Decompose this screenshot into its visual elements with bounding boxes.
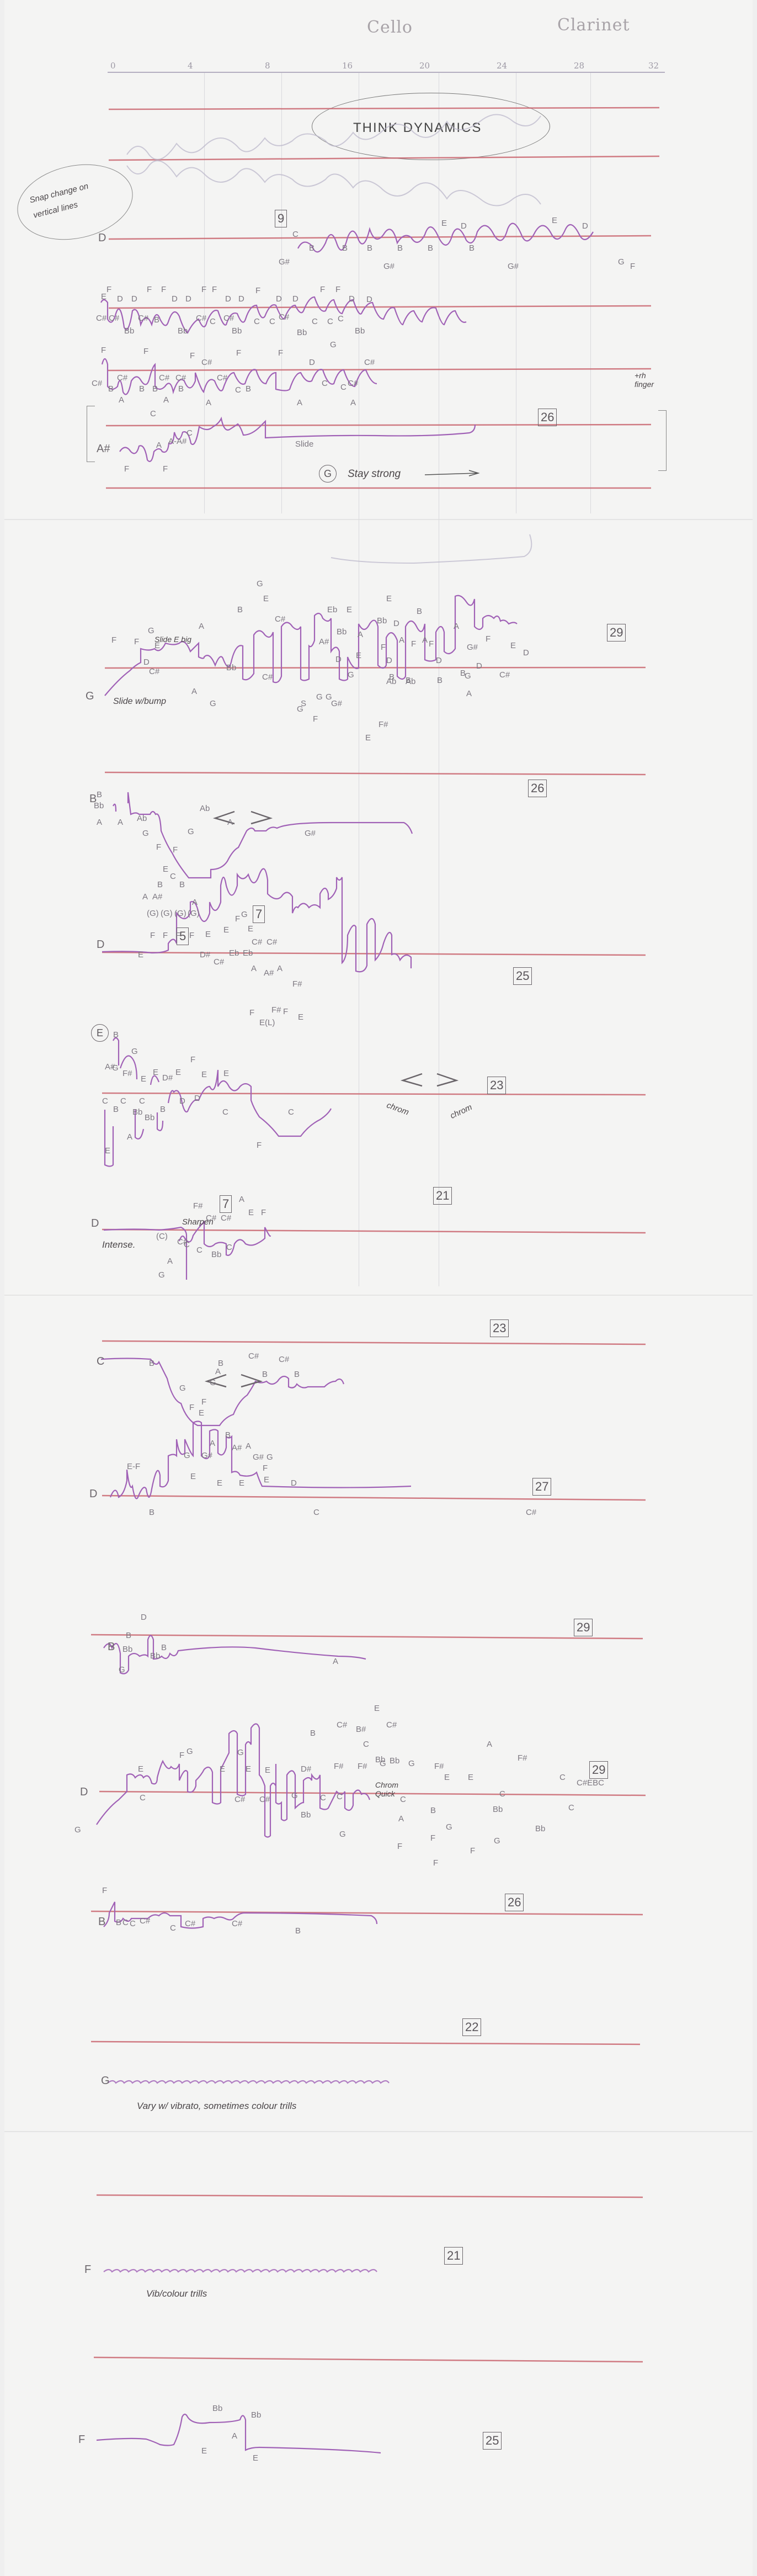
- note-label: C: [313, 1508, 319, 1517]
- note-label: E: [138, 950, 143, 960]
- note-label: (G): [174, 909, 186, 918]
- note-label: D: [366, 295, 372, 304]
- note-label: (G): [188, 909, 200, 918]
- note-label: A: [118, 818, 123, 827]
- note-label: G: [380, 1759, 386, 1768]
- note-label: Bb: [355, 326, 365, 336]
- note-label: C#: [252, 937, 262, 947]
- note-label: A: [215, 1367, 221, 1376]
- note-label: B: [417, 607, 422, 616]
- note-label: C: [120, 1096, 126, 1106]
- note-label: G#: [331, 699, 342, 708]
- note-label: G: [266, 1453, 273, 1462]
- note-label: A: [206, 398, 211, 407]
- note-label: D: [185, 294, 191, 304]
- note-label: D: [349, 294, 355, 304]
- rehearsal-mark: 26: [538, 409, 557, 426]
- start-note: G: [101, 2075, 110, 2087]
- note-label: B: [246, 384, 251, 394]
- note-label: C#: [140, 1916, 150, 1926]
- note-label: E: [298, 1013, 303, 1022]
- note-label: F: [101, 346, 106, 355]
- note-label: F: [201, 285, 206, 294]
- note-label: F: [124, 464, 129, 474]
- rehearsal-mark: 29: [607, 624, 626, 642]
- note-label: E: [263, 594, 269, 603]
- note-label: E: [205, 930, 211, 939]
- note-label: F: [486, 634, 491, 644]
- note-label: C#: [217, 373, 227, 383]
- note-label: G#: [279, 257, 290, 267]
- melody-curves: [97, 224, 593, 2453]
- note-label: B: [161, 1643, 167, 1652]
- note-label: G#: [467, 643, 478, 652]
- note-label: B: [179, 880, 185, 889]
- rehearsal-mark: 25: [483, 2432, 502, 2450]
- annotation-chrom-quick: Chrom Quick: [375, 1780, 397, 1798]
- note-label: D: [461, 221, 467, 231]
- note-label: G: [210, 699, 216, 708]
- note-label: G: [257, 579, 263, 589]
- note-label: B: [309, 243, 314, 253]
- note-label: Ab: [137, 814, 147, 823]
- note-label: E-F: [127, 1462, 140, 1471]
- note-label: B: [178, 384, 184, 394]
- annotation-slide-bump: Slide w/bump: [113, 697, 166, 707]
- note-label: A: [246, 1441, 251, 1451]
- annotation-vibrato: Vary w/ vibrato, sometimes colour trills: [137, 2101, 296, 2112]
- note-label: D: [172, 294, 178, 304]
- rehearsal-mark: 29: [589, 1761, 608, 1779]
- note-label: E: [163, 865, 168, 874]
- note-label: C#: [337, 1720, 347, 1730]
- note-label: G: [618, 257, 625, 267]
- note-label: C#: [223, 314, 234, 323]
- rehearsal-mark: 26: [528, 780, 547, 797]
- note-label: Bb: [232, 326, 242, 336]
- note-label: G#: [508, 262, 519, 271]
- note-label: E: [374, 1704, 380, 1713]
- note-label: E: [264, 1475, 269, 1485]
- note-label: E: [199, 1408, 204, 1418]
- note-label: F: [150, 931, 155, 940]
- note-label: D: [141, 1613, 147, 1622]
- note-label: C#: [92, 379, 102, 388]
- note-label: D#: [200, 950, 210, 960]
- note-label: A#: [264, 968, 274, 978]
- note-label: C: [210, 317, 216, 326]
- note-label: G: [119, 1665, 125, 1674]
- note-label: (C): [156, 1232, 168, 1241]
- note-label: A: [119, 395, 124, 405]
- note-label: Bb: [226, 663, 236, 672]
- note-label: C: [288, 1107, 294, 1117]
- rehearsal-mark: 22: [462, 2018, 481, 2036]
- note-label: F: [134, 637, 139, 646]
- note-label: E: [141, 1074, 146, 1084]
- rehearsal-mark: 26: [505, 1894, 524, 1911]
- note-label: Bb: [178, 326, 188, 336]
- note-label: A: [398, 1814, 404, 1824]
- note-label: G#: [201, 1451, 212, 1460]
- note-label: G: [112, 1063, 119, 1073]
- note-label: A: [399, 635, 404, 645]
- note-label: F: [189, 1403, 194, 1412]
- note-label: C#: [234, 1795, 245, 1804]
- note-label: E: [441, 219, 447, 228]
- note-label: F: [261, 1208, 266, 1217]
- start-note-circled: E: [91, 1024, 109, 1042]
- note-label: C#: [248, 1351, 259, 1361]
- note-label: F#: [334, 1762, 344, 1771]
- note-label: B: [237, 605, 243, 614]
- note-label: E: [356, 651, 361, 660]
- note-label: E: [510, 641, 516, 650]
- note-label: F: [430, 1833, 435, 1843]
- note-label: D: [476, 661, 482, 671]
- note-label: E: [239, 1478, 244, 1488]
- note-label: C#: [214, 957, 224, 967]
- note-label: F: [278, 348, 283, 358]
- note-label: B: [157, 880, 163, 889]
- note-label: F: [235, 914, 240, 924]
- note-label: Bb: [297, 328, 307, 337]
- start-note: C: [97, 1355, 104, 1368]
- note-label: G#: [383, 262, 395, 271]
- note-label: A: [97, 818, 102, 827]
- note-label: F: [313, 714, 318, 724]
- note-label: F: [190, 351, 195, 361]
- note-label: C: [499, 1789, 505, 1799]
- annotation-vib-trills: Vib/colour trills: [146, 2288, 207, 2299]
- note-label: G: [316, 692, 323, 702]
- rehearsal-mark: 23: [490, 1319, 509, 1337]
- note-label: F: [429, 639, 434, 649]
- rehearsal-mark: 29: [574, 1619, 593, 1636]
- note-label: F: [283, 1007, 288, 1016]
- note-label: C#: [96, 314, 106, 323]
- note-label: D: [436, 656, 442, 665]
- note-label: C#: [159, 373, 169, 383]
- note-label: B: [430, 1806, 436, 1815]
- note-label: B: [149, 1359, 154, 1368]
- circled-note: G: [319, 465, 337, 483]
- note-label: A: [239, 1195, 244, 1204]
- note-label: B: [139, 384, 145, 394]
- note-label: A: [232, 2431, 237, 2441]
- note-label: Bb: [212, 2404, 222, 2413]
- note-label: G#: [253, 1453, 264, 1462]
- note-label: F#: [358, 1762, 367, 1771]
- annotation-rh-finger: +rh finger: [635, 371, 662, 389]
- note-label: F: [236, 348, 241, 358]
- start-note: F: [84, 2264, 91, 2276]
- note-label: B: [126, 1631, 131, 1640]
- note-label: C: [186, 428, 193, 438]
- note-label: C#: [526, 1508, 536, 1517]
- note-label: D: [335, 655, 342, 664]
- note-label: F: [411, 639, 416, 649]
- start-note: F: [78, 2434, 85, 2446]
- note-label: F: [212, 285, 217, 294]
- note-label: D: [393, 619, 399, 628]
- note-label: C: [139, 1096, 145, 1106]
- note-label: C: [170, 1923, 176, 1933]
- note-label: A: [210, 1439, 215, 1448]
- note-label: C#: [275, 614, 285, 624]
- note-label: Ab: [406, 677, 415, 686]
- note-label: C: [226, 1243, 232, 1252]
- note-label: C#: [117, 373, 127, 383]
- note-label: F: [102, 1886, 107, 1895]
- note-label: A#: [152, 892, 162, 902]
- note-label: E: [444, 1773, 450, 1782]
- note-label: C#: [364, 358, 375, 367]
- note-label: E: [386, 594, 392, 603]
- note-label: A: [251, 964, 257, 973]
- note-label: D: [523, 648, 529, 658]
- note-label: E: [468, 1773, 473, 1782]
- note-label: A: [466, 689, 472, 698]
- note-label: F: [106, 285, 111, 294]
- note-label: Bb: [211, 1250, 221, 1259]
- note-label: E: [201, 1070, 207, 1079]
- note-label: F: [249, 1008, 254, 1017]
- note-label: G: [148, 626, 154, 635]
- note-label: Bb: [145, 1113, 154, 1122]
- note-label: C: [184, 1240, 190, 1249]
- note-label: B: [108, 384, 114, 394]
- note-label: Slide: [295, 439, 313, 449]
- note-label: C#EBC: [577, 1778, 604, 1788]
- note-label: C: [140, 1793, 146, 1803]
- note-label: B: [218, 1359, 223, 1368]
- start-note: D: [97, 939, 104, 951]
- note-label: Bb: [94, 801, 104, 810]
- note-label: Eb: [229, 948, 239, 958]
- note-label: F: [470, 1846, 475, 1856]
- note-label: B: [469, 243, 475, 253]
- note-label: F: [257, 1141, 262, 1150]
- note-label: F: [111, 635, 116, 645]
- note-label: A: [454, 622, 459, 631]
- note-label: (G): [161, 909, 173, 918]
- note-label: C#: [109, 314, 119, 323]
- note-label: C: [196, 1245, 202, 1255]
- note-label: E: [253, 2453, 258, 2463]
- start-note: B: [98, 1916, 105, 1928]
- note-label: C: [222, 1107, 228, 1117]
- note-label: F: [163, 464, 168, 474]
- note-label: C#: [348, 379, 358, 388]
- note-label: Eb: [327, 605, 337, 614]
- note-label: G: [142, 829, 149, 838]
- note-label: G: [330, 340, 337, 349]
- note-label: D#: [162, 1073, 173, 1083]
- rehearsal-mark: 7: [220, 1195, 232, 1213]
- arrow-icon: [425, 470, 478, 476]
- note-label: B: [116, 1918, 121, 1927]
- note-label: C: [150, 409, 156, 418]
- note-label: E: [190, 1472, 196, 1481]
- note-label: F: [201, 1397, 206, 1407]
- note-label: F: [397, 1842, 402, 1851]
- note-label: C#: [232, 1919, 242, 1928]
- note-label: B: [152, 384, 158, 394]
- note-label: F#: [434, 1762, 444, 1771]
- note-label: S: [301, 699, 306, 708]
- note-label: E: [175, 1068, 181, 1077]
- note-label: C#: [201, 358, 212, 367]
- note-label: C: [254, 317, 260, 326]
- note-label: E: [105, 1146, 110, 1156]
- note-label: A#: [319, 637, 329, 646]
- note-label: F: [630, 262, 635, 271]
- rehearsal-mark: 25: [513, 967, 532, 985]
- note-label: B: [295, 1926, 301, 1936]
- note-label: E: [346, 605, 352, 614]
- note-label: Bb: [150, 1651, 160, 1661]
- note-label: D: [291, 1478, 297, 1488]
- note-label: B: [154, 315, 159, 325]
- note-label: G: [237, 1748, 244, 1757]
- note-label: E: [246, 1764, 251, 1774]
- note-label: G: [408, 1759, 415, 1768]
- note-label: Bb: [535, 1824, 545, 1833]
- note-label: D: [194, 1094, 200, 1103]
- note-label: E: [265, 1766, 270, 1775]
- note-label: C: [559, 1773, 566, 1782]
- start-note: D: [80, 1786, 88, 1799]
- note-label: A: [142, 892, 148, 902]
- note-label: E: [138, 1764, 143, 1774]
- rehearsal-mark: 23: [487, 1077, 506, 1094]
- note-label: C#: [206, 1213, 216, 1223]
- note-label: Bb: [251, 2410, 261, 2420]
- note-label: E: [101, 292, 106, 301]
- note-label: F: [189, 931, 194, 940]
- note-label: E: [223, 1069, 229, 1078]
- note-label: C: [269, 317, 275, 326]
- note-label: B: [113, 1105, 119, 1114]
- ghost-curves: [127, 115, 541, 564]
- note-label: E: [248, 924, 253, 934]
- note-label: G: [184, 1451, 190, 1460]
- note-label: F#: [292, 979, 302, 989]
- note-label: B: [149, 1508, 154, 1517]
- note-label: E: [201, 2446, 207, 2456]
- note-label: D: [292, 294, 298, 304]
- note-label: C: [400, 1795, 406, 1804]
- note-label: B: [225, 1430, 231, 1440]
- note-label: A: [297, 398, 302, 407]
- note-label: G: [339, 1830, 346, 1839]
- note-label: A: [487, 1740, 492, 1749]
- note-label: C#: [279, 312, 289, 322]
- note-label: F#: [193, 1201, 203, 1211]
- note-label: Bb: [390, 1756, 399, 1766]
- note-label: F: [255, 286, 260, 295]
- note-label: Bb: [377, 616, 387, 626]
- note-label: D: [225, 294, 231, 304]
- start-note: D: [98, 232, 106, 245]
- note-label: G: [348, 670, 354, 680]
- note-label: F: [433, 1858, 438, 1868]
- hairpins: [207, 812, 456, 1387]
- note-label: F: [161, 285, 166, 294]
- rehearsal-mark: 9: [275, 210, 287, 227]
- note-label: D: [582, 221, 588, 231]
- note-label: A: [227, 818, 233, 827]
- note-label: C: [568, 1803, 574, 1812]
- note-label: Eb: [243, 948, 253, 958]
- note-label: Bb: [124, 326, 134, 336]
- note-label: G: [74, 1825, 81, 1835]
- bracket-left: [87, 406, 95, 462]
- note-label: E: [365, 733, 371, 743]
- bracket-right: [658, 410, 667, 471]
- note-label: Bb: [132, 1107, 142, 1117]
- note-label: C: [170, 872, 176, 881]
- note-label: D: [117, 294, 123, 304]
- note-label: D: [276, 294, 282, 304]
- note-label: F: [335, 285, 340, 294]
- note-label: B#: [356, 1725, 366, 1734]
- note-label: G: [186, 1747, 193, 1756]
- note-label: B: [460, 669, 466, 678]
- note-label: B: [113, 1030, 119, 1040]
- note-label: A: [333, 1657, 338, 1666]
- note-label: C: [122, 1918, 129, 1927]
- note-label: Ab: [200, 804, 210, 813]
- annotation-stay-strong: Stay strong: [348, 468, 401, 480]
- note-label: C: [327, 317, 333, 326]
- note-label: (G): [147, 909, 159, 918]
- note-label: E: [220, 1764, 225, 1774]
- note-label: C: [312, 317, 318, 326]
- note-label: E: [153, 1068, 158, 1077]
- annotation-intense: Intense.: [102, 1239, 136, 1250]
- note-label: G: [241, 910, 248, 919]
- start-note: G: [86, 690, 94, 703]
- start-note: D: [91, 1217, 99, 1230]
- note-label: D: [238, 294, 244, 304]
- note-label: A: [192, 898, 198, 907]
- note-label: A: [199, 622, 204, 631]
- note-label: F: [179, 1751, 184, 1760]
- note-label: C#: [266, 937, 277, 947]
- note-label: E: [223, 925, 229, 935]
- note-label: C: [363, 1740, 369, 1749]
- start-note: B: [108, 1641, 115, 1653]
- note-label: F: [175, 931, 180, 940]
- note-label: C: [130, 1919, 136, 1928]
- note-label: A-A#: [168, 437, 186, 446]
- annotation-slide-big: Slide E big: [154, 635, 191, 644]
- note-label: A: [167, 1257, 173, 1266]
- note-label: C: [338, 314, 344, 324]
- note-label: B: [262, 1370, 268, 1379]
- rehearsal-mark: 21: [433, 1187, 452, 1205]
- note-label: C#: [138, 314, 148, 323]
- note-label: Bb: [301, 1810, 311, 1820]
- note-label: C#: [175, 373, 186, 383]
- note-label: F#: [518, 1753, 527, 1763]
- note-label: C#: [221, 1213, 231, 1223]
- note-label: B: [342, 243, 348, 253]
- note-label: F: [381, 643, 386, 652]
- note-label: A: [191, 687, 197, 696]
